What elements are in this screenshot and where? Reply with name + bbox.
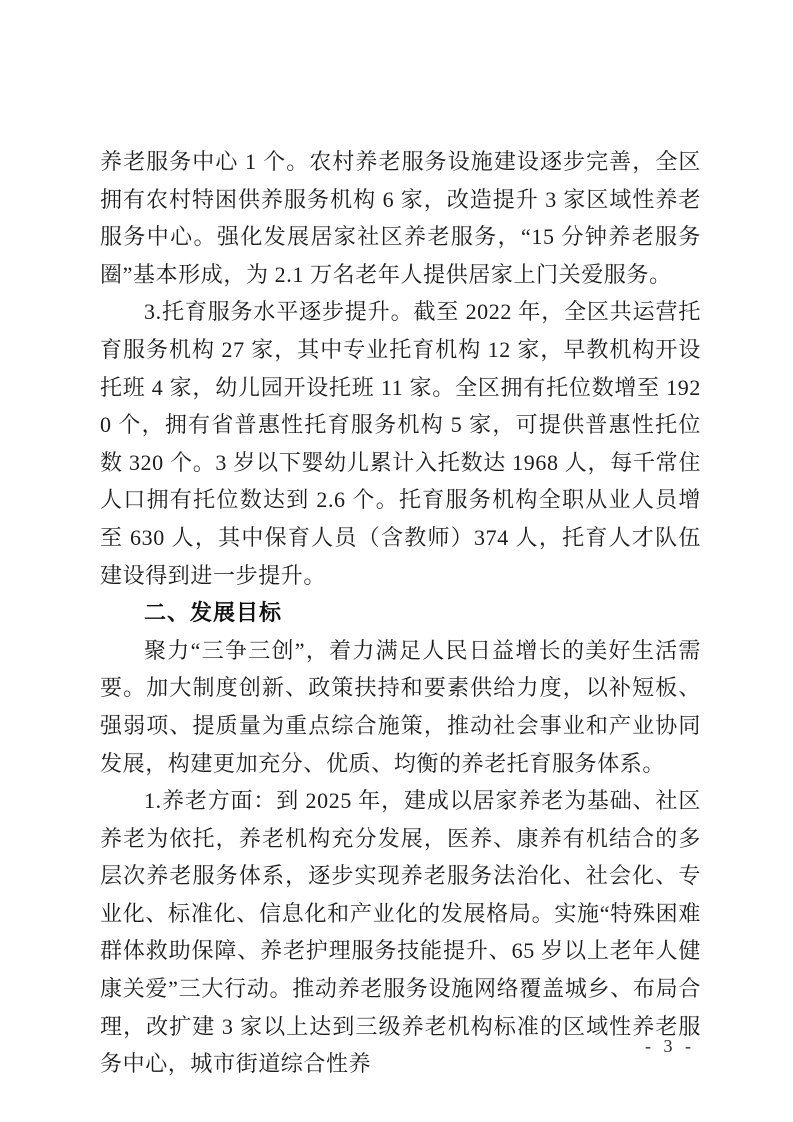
paragraph-goal-overview: 聚力“三争三创”，着力满足人民日益增长的美好生活需要。加大制度创新、政策扶持和要… — [100, 632, 701, 782]
page-number: - 3 - — [645, 1036, 695, 1057]
document-body: 养老服务中心 1 个。农村养老服务设施建设逐步完善，全区拥有农村特困供养服务机构… — [100, 143, 701, 1083]
section-heading-development-goals: 二、发展目标 — [100, 594, 701, 632]
paragraph-elderly-care-goals-2025: 1.养老方面：到 2025 年，建成以居家养老为基础、社区养老为依托，养老机构充… — [100, 782, 701, 1083]
document-page: 养老服务中心 1 个。农村养老服务设施建设逐步完善，全区拥有农村特困供养服务机构… — [0, 0, 793, 1122]
paragraph-elderly-service-continuation: 养老服务中心 1 个。农村养老服务设施建设逐步完善，全区拥有农村特困供养服务机构… — [100, 143, 701, 293]
paragraph-childcare-services: 3.托育服务水平逐步提升。截至 2022 年，全区共运营托育服务机构 27 家，… — [100, 293, 701, 594]
